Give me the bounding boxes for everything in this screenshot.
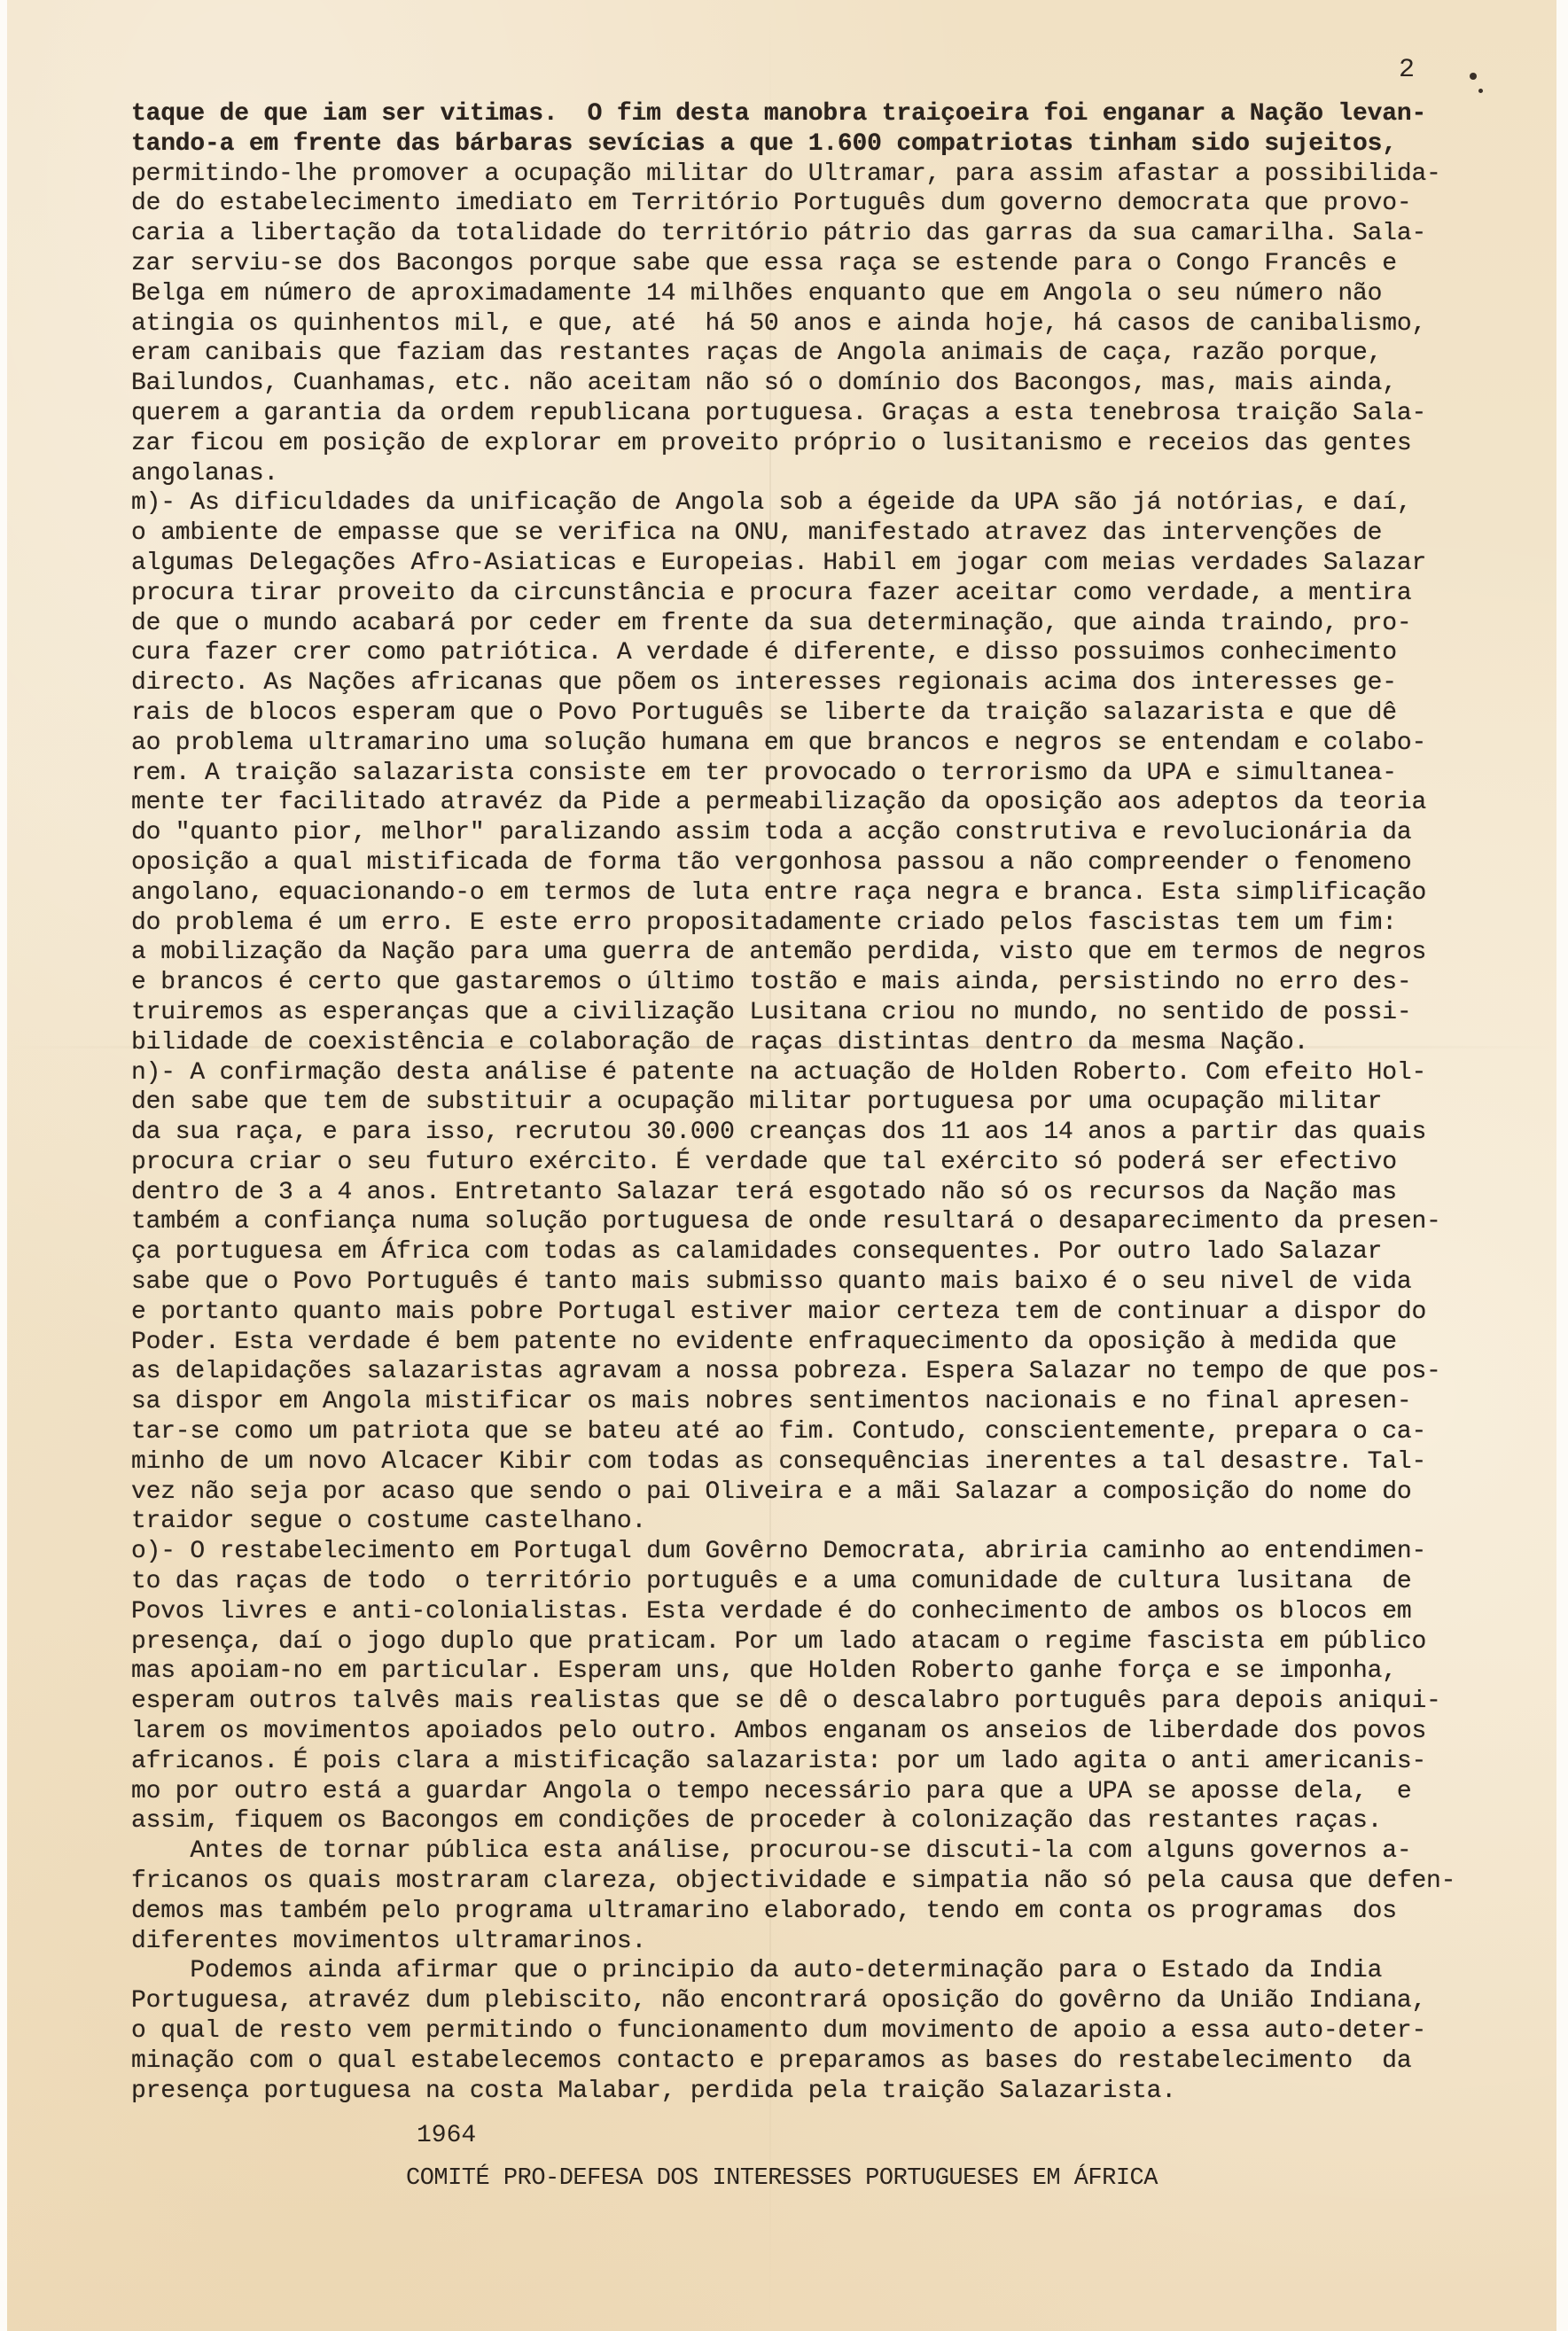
text-line: m)- As dificuldades da unificação de Ang… <box>131 488 1443 518</box>
text-line: Bailundos, Cuanhamas, etc. não aceitam n… <box>131 369 1443 399</box>
text-line: directo. As Nações africanas que põem os… <box>131 668 1443 698</box>
text-line: o ambiente de empasse que se verifica na… <box>131 518 1443 549</box>
text-line: mas apoiam-no em particular. Esperam uns… <box>131 1657 1443 1687</box>
text-line: presença portuguesa na costa Malabar, pe… <box>131 2077 1443 2107</box>
text-line: zar serviu-se dos Bacongos porque sabe q… <box>131 249 1443 279</box>
text-line: presença, daí o jogo duplo que praticam.… <box>131 1627 1443 1657</box>
text-line: sa dispor em Angola mistificar os mais n… <box>131 1387 1443 1417</box>
text-line: rem. A traição salazarista consiste em t… <box>131 759 1443 789</box>
text-line: querem a garantia da ordem republicana p… <box>131 399 1443 429</box>
text-line: cura fazer crer como patriótica. A verda… <box>131 638 1443 668</box>
text-line: angolano, equacionando-o em termos de lu… <box>131 878 1443 908</box>
text-line: o qual de resto vem permitindo o funcion… <box>131 2016 1443 2046</box>
text-line: Podemos ainda afirmar que o principio da… <box>131 1956 1443 1986</box>
document-signature: COMITÉ PRO-DEFESA DOS INTERESSES PORTUGU… <box>406 2165 1158 2192</box>
text-line: assim, fiquem os Bacongos em condições d… <box>131 1806 1443 1836</box>
text-line: dentro de 3 a 4 anos. Entretanto Salazar… <box>131 1178 1443 1208</box>
text-line: e brancos é certo que gastaremos o últim… <box>131 968 1443 998</box>
text-line: africanos. É pois clara a mistificação s… <box>131 1747 1443 1777</box>
scan-right-margin <box>1556 0 1568 2331</box>
text-line: procura criar o seu futuro exército. É v… <box>131 1148 1443 1178</box>
punch-mark-dot <box>1470 73 1477 80</box>
text-line: ao problema ultramarino uma solução huma… <box>131 729 1443 759</box>
text-line: truiremos as esperanças que a civilizaçã… <box>131 998 1443 1028</box>
text-line: eram canibais que faziam das restantes r… <box>131 339 1443 369</box>
text-line: minação com o qual estabelecemos contact… <box>131 2046 1443 2077</box>
text-line: vez não seja por acaso que sendo o pai O… <box>131 1477 1443 1508</box>
text-line: demos mas também pelo programa ultramari… <box>131 1897 1443 1927</box>
text-line: taque de que iam ser vitimas. O fim dest… <box>131 99 1443 129</box>
text-line: as delapidações salazaristas agravam a n… <box>131 1357 1443 1387</box>
text-line: Poder. Esta verdade é bem patente no evi… <box>131 1328 1443 1358</box>
text-line: caria a libertação da totalidade do terr… <box>131 219 1443 249</box>
text-line: Portuguesa, atravéz dum plebiscito, não … <box>131 1986 1443 2016</box>
text-line: o)- O restabelecimento em Portugal dum G… <box>131 1537 1443 1567</box>
punch-mark-dot <box>1478 89 1483 93</box>
document-date: 1964 <box>417 2122 476 2149</box>
text-line: to das raças de todo o território portug… <box>131 1567 1443 1597</box>
text-line: rais de blocos esperam que o Povo Portug… <box>131 698 1443 729</box>
text-line: ça portuguesa em África com todas as cal… <box>131 1237 1443 1267</box>
text-line: a mobilização da Nação para uma guerra d… <box>131 938 1443 968</box>
text-line: algumas Delegações Afro-Asiaticas e Euro… <box>131 549 1443 579</box>
text-line: do "quanto pior, melhor" paralizando ass… <box>131 818 1443 848</box>
text-line: e portanto quanto mais pobre Portugal es… <box>131 1298 1443 1328</box>
text-line: também a confiança numa solução portugue… <box>131 1207 1443 1237</box>
text-line: da sua raça, e para isso, recrutou 30.00… <box>131 1118 1443 1148</box>
text-line: oposição a qual mistificada de forma tão… <box>131 848 1443 878</box>
text-line: angolanas. <box>131 459 1443 489</box>
scan-left-margin <box>0 0 7 2331</box>
text-line: Antes de tornar pública esta análise, pr… <box>131 1836 1443 1867</box>
text-line: den sabe que tem de substituir a ocupaçã… <box>131 1088 1443 1118</box>
text-line: tando-a em frente das bárbaras sevícias … <box>131 129 1443 160</box>
text-line: do problema é um erro. E este erro propo… <box>131 908 1443 939</box>
text-line: mente ter facilitado atravéz da Pide a p… <box>131 788 1443 818</box>
text-line: de que o mundo acabará por ceder em fren… <box>131 609 1443 639</box>
text-line: esperam outros talvês mais realistas que… <box>131 1687 1443 1717</box>
text-line: mo por outro está a guardar Angola o tem… <box>131 1777 1443 1807</box>
text-line: atingia os quinhentos mil, e que, até há… <box>131 309 1443 339</box>
text-line: Povos livres e anti-colonialistas. Esta … <box>131 1597 1443 1627</box>
text-line: permitindo-lhe promover a ocupação milit… <box>131 160 1443 190</box>
text-line: bilidade de coexistência e colaboração d… <box>131 1028 1443 1058</box>
text-line: traidor segue o costume castelhano. <box>131 1507 1443 1537</box>
text-line: diferentes movimentos ultramarinos. <box>131 1927 1443 1957</box>
text-line: de do estabelecimento imediato em Territ… <box>131 189 1443 219</box>
text-line: tar-se como um patriota que se bateu até… <box>131 1417 1443 1447</box>
page-number: 2 <box>1399 55 1415 85</box>
document-body: taque de que iam ser vitimas. O fim dest… <box>131 99 1443 2106</box>
text-line: n)- A confirmação desta análise é patent… <box>131 1058 1443 1088</box>
text-line: larem os movimentos apoiados pelo outro.… <box>131 1717 1443 1747</box>
text-line: sabe que o Povo Português é tanto mais s… <box>131 1267 1443 1298</box>
text-line: Belga em número de aproximadamente 14 mi… <box>131 279 1443 309</box>
text-line: fricanos os quais mostraram clareza, obj… <box>131 1867 1443 1897</box>
text-line: minho de um novo Alcacer Kibir com todas… <box>131 1447 1443 1477</box>
text-line: zar ficou em posição de explorar em prov… <box>131 429 1443 459</box>
text-line: procura tirar proveito da circunstância … <box>131 579 1443 609</box>
